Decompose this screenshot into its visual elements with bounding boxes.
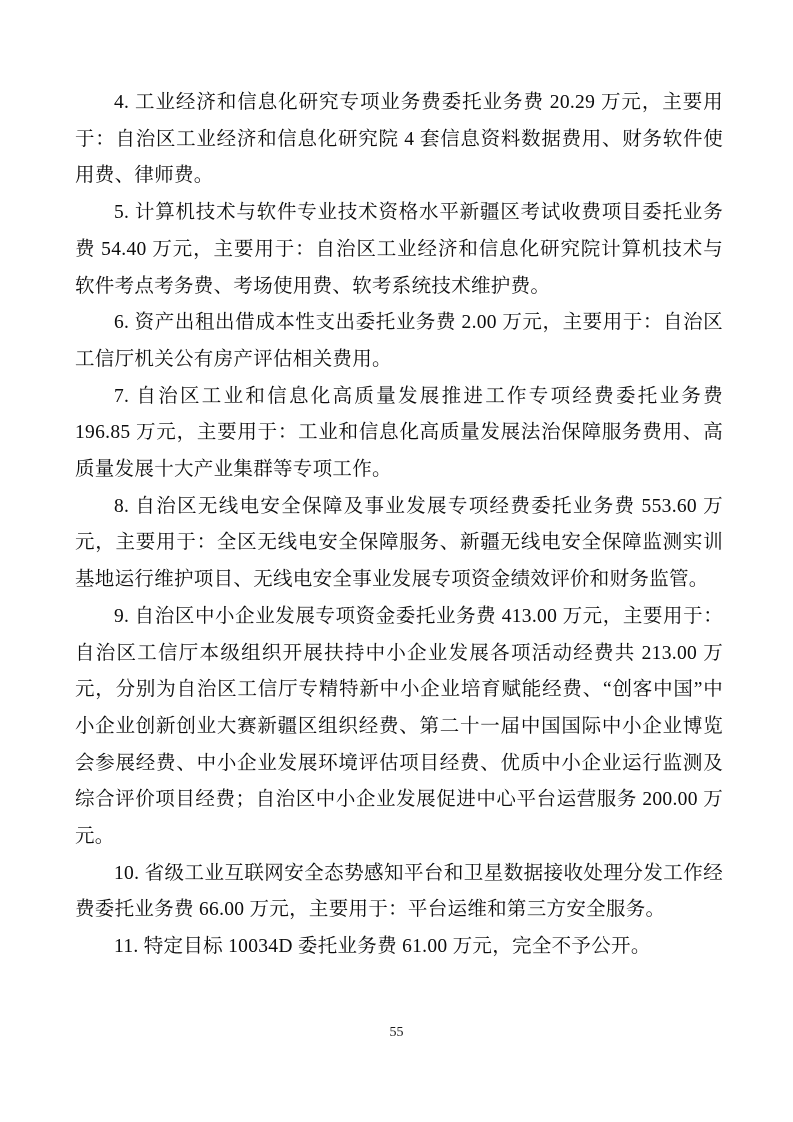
page-body-text: 4. 工业经济和信息化研究专项业务费委托业务费 20.29 万元，主要用于：自治… bbox=[75, 85, 723, 966]
paragraph-item-5: 5. 计算机技术与软件专业技术资格水平新疆区考试收费项目委托业务费 54.40 … bbox=[75, 195, 723, 305]
page-number: 55 bbox=[0, 1024, 793, 1042]
paragraph-item-8: 8. 自治区无线电安全保障及事业发展专项经费委托业务费 553.60 万元，主要… bbox=[75, 489, 723, 599]
paragraph-item-10: 10. 省级工业互联网安全态势感知平台和卫星数据接收处理分发工作经费委托业务费 … bbox=[75, 856, 723, 929]
paragraph-item-11: 11. 特定目标 10034D 委托业务费 61.00 万元，完全不予公开。 bbox=[75, 929, 723, 966]
paragraph-item-7: 7. 自治区工业和信息化高质量发展推进工作专项经费委托业务费 196.85 万元… bbox=[75, 379, 723, 489]
document-page: 4. 工业经济和信息化研究专项业务费委托业务费 20.29 万元，主要用于：自治… bbox=[0, 0, 793, 1122]
paragraph-item-6: 6. 资产出租出借成本性支出委托业务费 2.00 万元，主要用于：自治区工信厅机… bbox=[75, 305, 723, 378]
paragraph-item-4: 4. 工业经济和信息化研究专项业务费委托业务费 20.29 万元，主要用于：自治… bbox=[75, 85, 723, 195]
paragraph-item-9: 9. 自治区中小企业发展专项资金委托业务费 413.00 万元，主要用于：自治区… bbox=[75, 599, 723, 856]
